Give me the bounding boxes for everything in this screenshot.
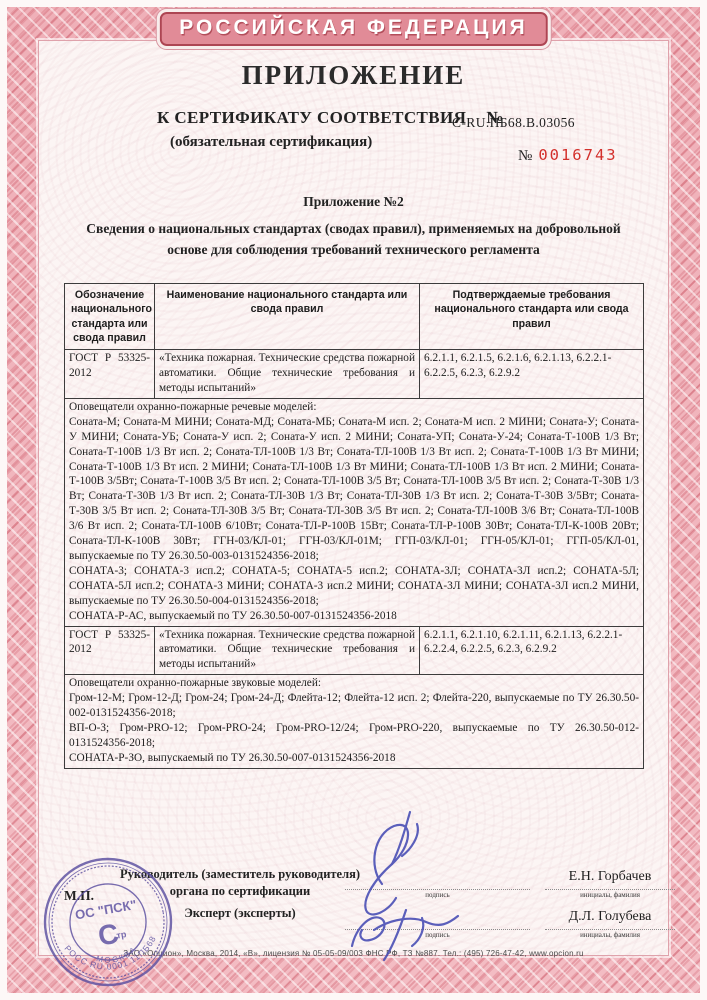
document-content: ПРИЛОЖЕНИЕ К СЕРТИФИКАТУ СООТВЕТСТВИЯ№ C… [0, 0, 707, 1000]
head-name-line [545, 888, 675, 890]
signature-stroke [374, 916, 458, 930]
certification-stamp: ОС "ПСК" С тр РОСС RU.0001.11ПБ68 МОСКВА [27, 841, 189, 1000]
signature-stroke [352, 917, 385, 946]
signature-stroke [412, 918, 423, 946]
signature-stroke [384, 910, 406, 960]
federation-badge-label: РОССИЙСКАЯ ФЕДЕРАЦИЯ [179, 16, 527, 39]
stamp-logo-small: тр [116, 929, 128, 941]
signature-strokes [352, 812, 458, 960]
head-name-caption: инициалы, фамилия [545, 891, 675, 899]
handwritten-signatures [322, 806, 482, 966]
certificate-page: РОССИЙСКАЯ ФЕДЕРАЦИЯ ПРИЛОЖЕНИЕ К СЕРТИФ… [0, 0, 707, 1000]
expert-name-line [545, 928, 675, 930]
expert-name: Д.Л. Голубева [545, 909, 675, 925]
head-name: Е.Н. Горбачев [545, 869, 675, 885]
federation-badge: РОССИЙСКАЯ ФЕДЕРАЦИЯ [156, 9, 550, 49]
expert-name-caption: инициалы, фамилия [545, 931, 675, 939]
